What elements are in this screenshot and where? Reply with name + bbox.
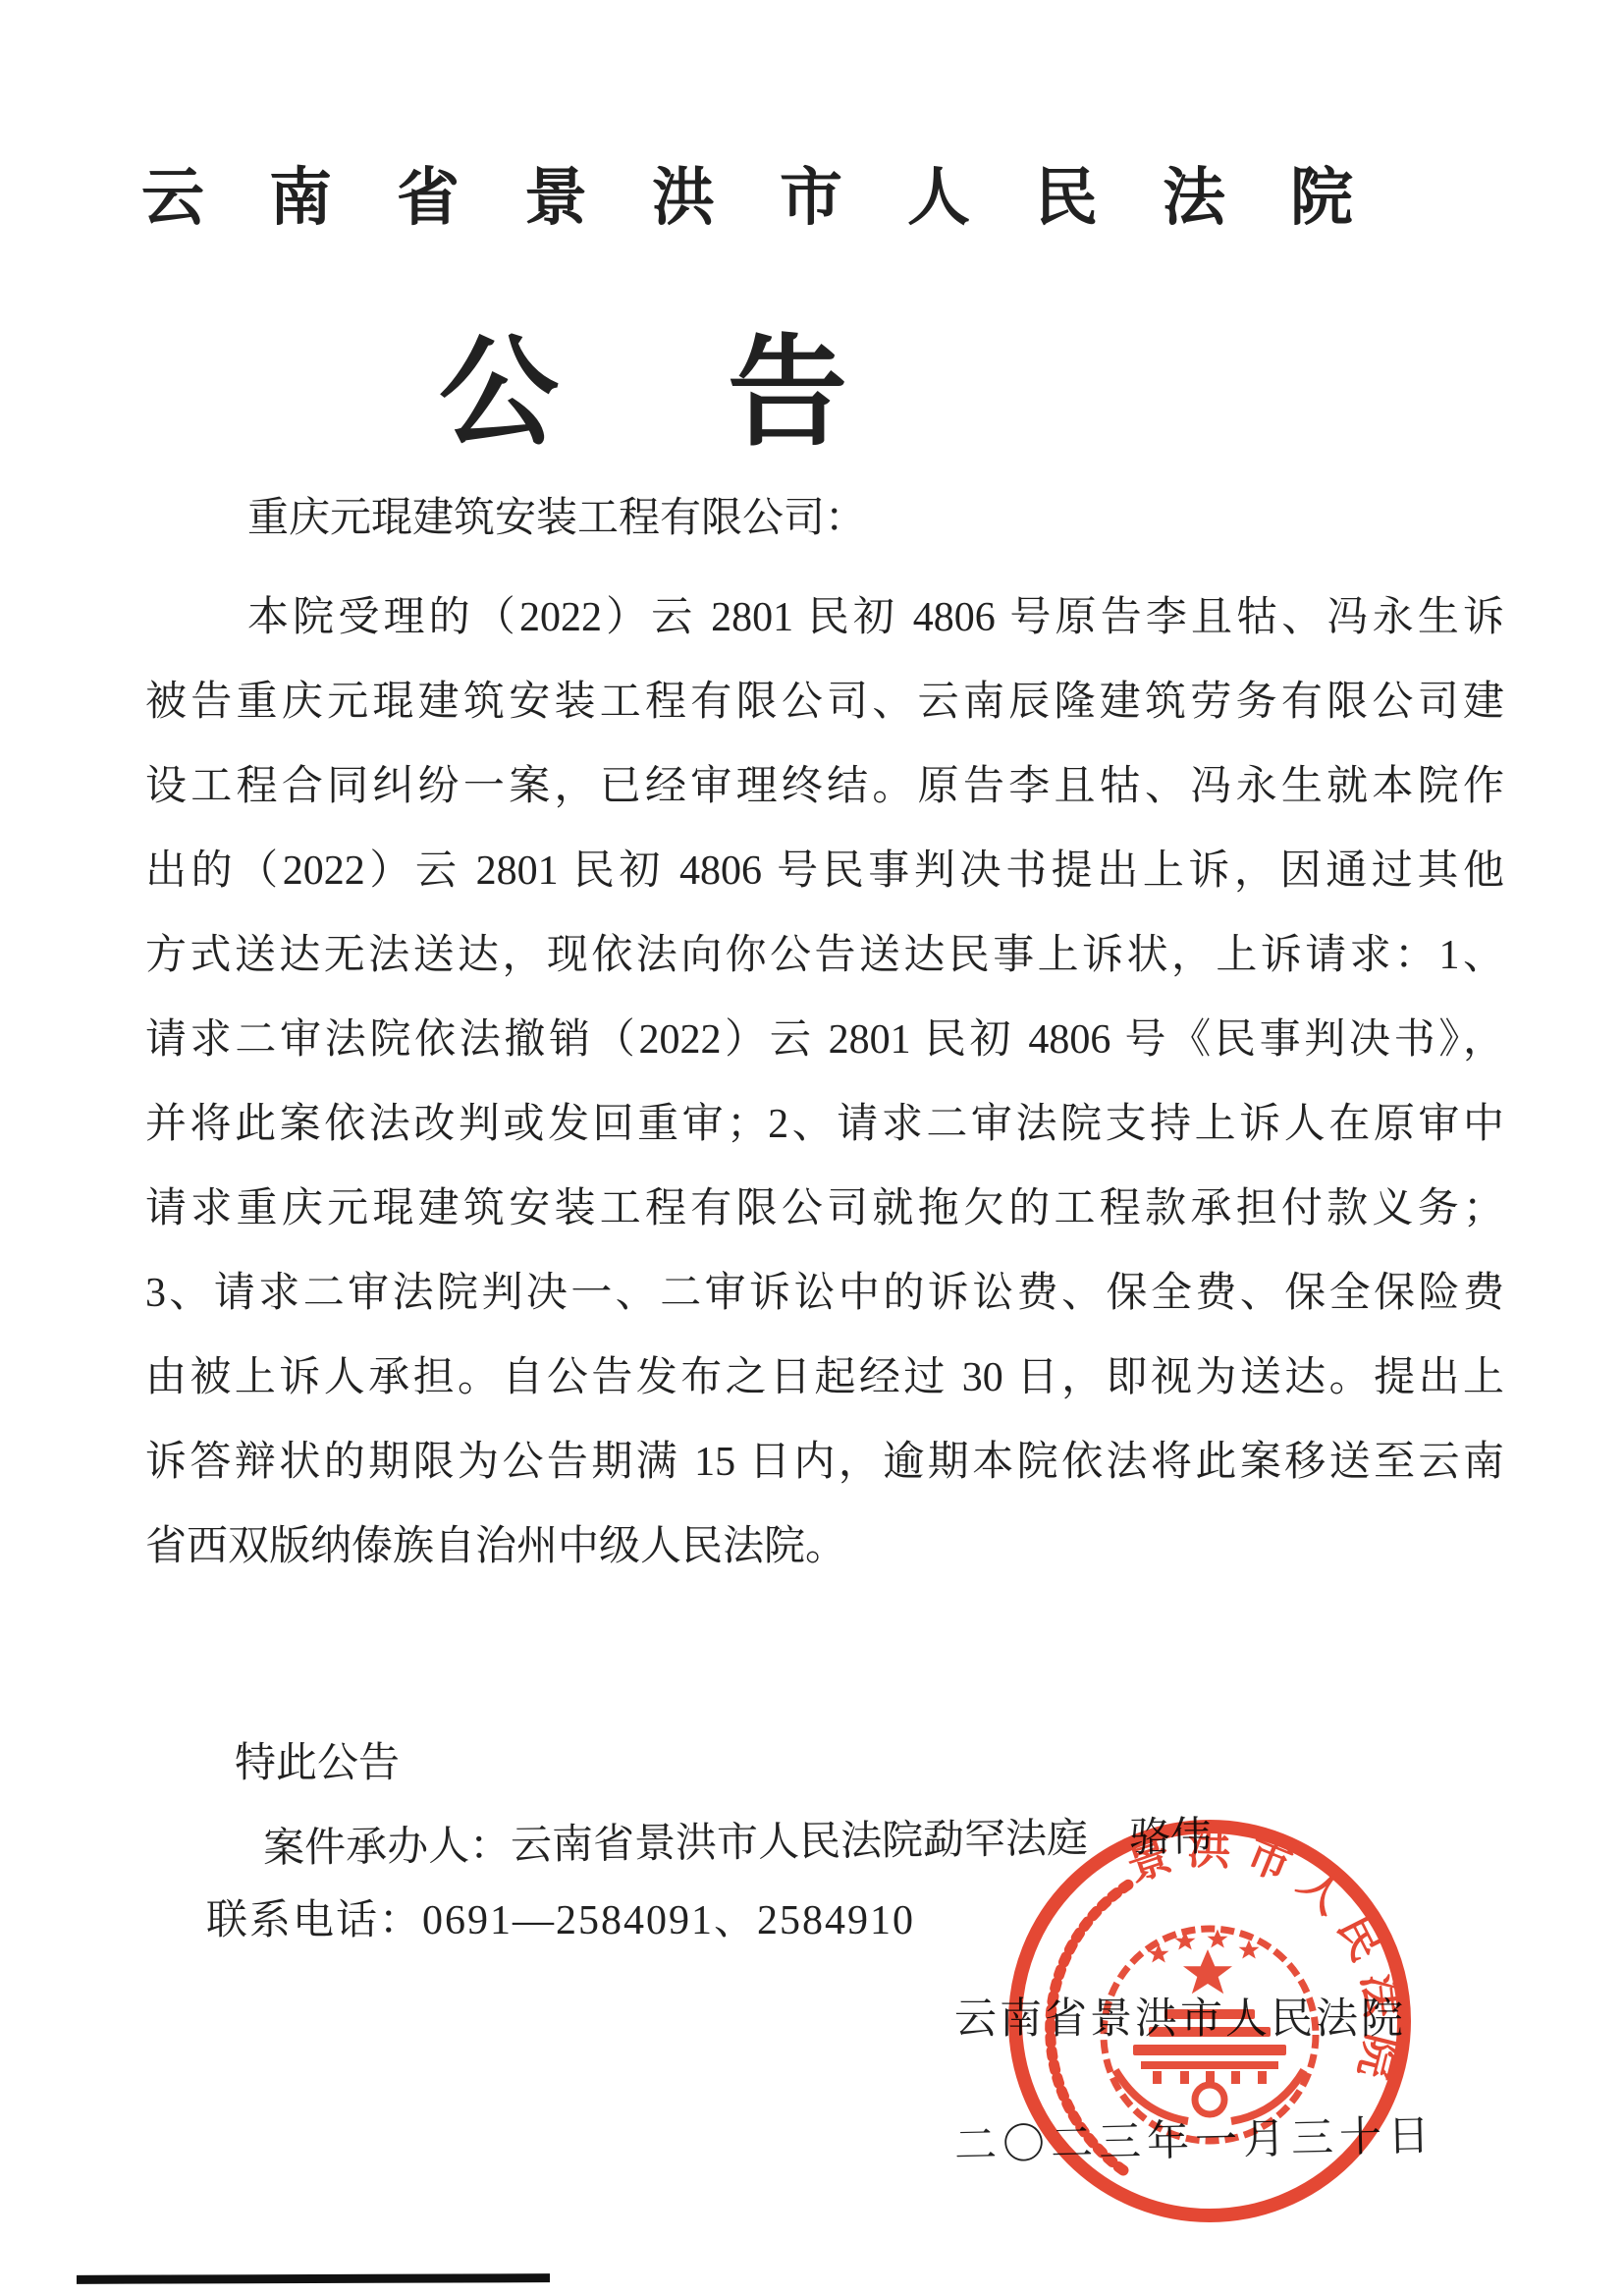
body-line: 请求重庆元琨建筑安装工程有限公司就拖欠的工程款承担付款义务； <box>145 1167 1504 1251</box>
body-line: 本院受理的（2022）云 2801 民初 4806 号原告李且牯、冯永生诉 <box>145 575 1504 660</box>
announcement-title: 公告 <box>0 297 1540 468</box>
body-line: 请求二审法院依法撤销（2022）云 2801 民初 4806 号《民事判决书》， <box>145 998 1504 1082</box>
body-line: 被告重庆元琨建筑安装工程有限公司、云南辰隆建筑劳务有限公司建 <box>145 660 1504 744</box>
closing-notice: 特此公告 <box>235 1730 400 1789</box>
body-line: 由被上诉人承担。自公告发布之日起经过 30 日，即视为送达。提出上 <box>145 1336 1504 1420</box>
announcement-body: 本院受理的（2022）云 2801 民初 4806 号原告李且牯、冯永生诉被告重… <box>145 575 1504 1589</box>
recipient-salutation: 重庆元琨建筑安装工程有限公司： <box>145 489 1504 548</box>
document-page: 云南省景洪市人民法院 公告 重庆元琨建筑安装工程有限公司： 本院受理的（2022… <box>0 0 1624 2296</box>
official-court-seal-icon: 景洪市人民法院 <box>982 1793 1437 2249</box>
body-line: 并将此案依法改判或发回重审；2、请求二审法院支持上诉人在原审中 <box>145 1082 1504 1167</box>
scan-artifact-line <box>77 2273 550 2284</box>
body-line: 方式送达无法送达，现依法向你公告送达民事上诉状，上诉请求：1、 <box>145 913 1504 998</box>
contact-phone-line: 联系电话：0691—2584091、2584910 <box>206 1887 915 1946</box>
seal-national-emblem <box>1104 1929 1316 2141</box>
body-line: 3、请求二审法院判决一、二审诉讼中的诉讼费、保全费、保全保险费 <box>145 1251 1504 1336</box>
body-line: 诉答辩状的期限为公告期满 15 日内，逾期本院依法将此案移送至云南 <box>145 1420 1504 1504</box>
body-line: 省西双版纳傣族自治州中级人民法院。 <box>145 1504 1504 1589</box>
court-name-header: 云南省景洪市人民法院 <box>0 147 1592 238</box>
seal-dai-script-band <box>1051 1884 1130 2170</box>
body-line: 设工程合同纠纷一案，已经审理终结。原告李且牯、冯永生就本院作 <box>145 744 1504 829</box>
body-line: 出的（2022）云 2801 民初 4806 号民事判决书提出上诉，因通过其他 <box>145 829 1504 913</box>
